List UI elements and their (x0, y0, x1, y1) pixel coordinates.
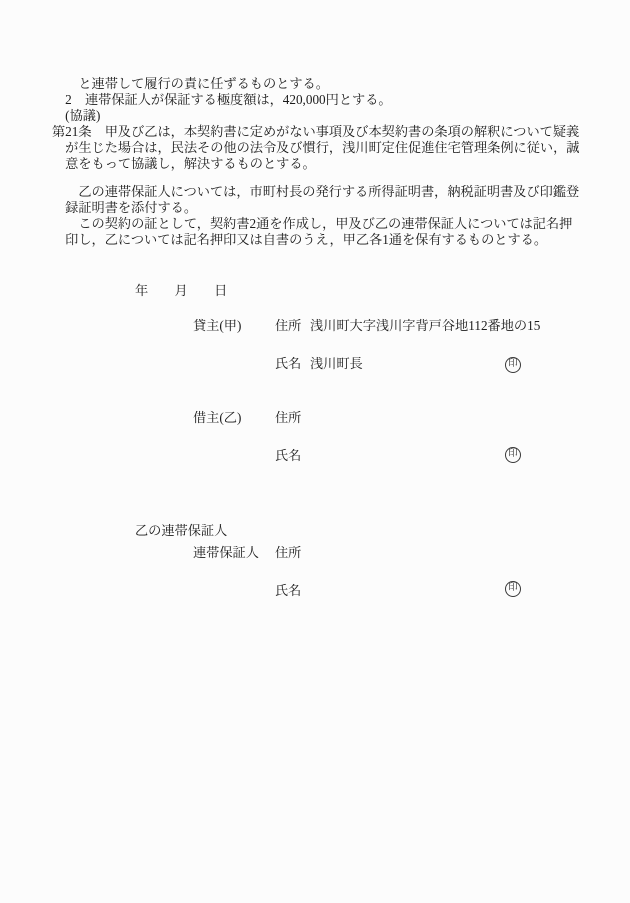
execution-date-line: 年 月 日 (135, 283, 227, 299)
closing-line: 乙の連帯保証人については，市町村長の発行する所得証明書，納税証明書及び印鑑登 (52, 184, 579, 200)
clause-line: が生じた場合は，民法その他の法令及び慣行，浅川町定住促進住宅管理条例に従い，誠 (52, 140, 580, 156)
contract-clause-paragraph: と連帯して履行の責に任ずるものとする。 2 連帯保証人が保証する極度額は，420… (52, 76, 580, 172)
clause-line: 意をもって協議し，解決するものとする。 (52, 156, 580, 172)
clause-line: と連帯して履行の責に任ずるものとする。 (52, 76, 580, 92)
clause-line: 第21条 甲及び乙は，本契約書に定めがない事項及び本契約書の条項の解釈について疑… (52, 124, 580, 140)
lessee-seal-icon: 印 (505, 447, 521, 463)
lessee-role-label: 借主(乙) (193, 410, 241, 426)
lessor-name-label: 氏名 (275, 356, 301, 372)
guarantor-role-label: 連帯保証人 (193, 545, 259, 561)
guarantor-name-label: 氏名 (275, 583, 301, 599)
clause-line: 2 連帯保証人が保証する極度額は，420,000円とする。 (52, 92, 580, 108)
lessee-address-label: 住所 (275, 410, 301, 426)
seal-character: 印 (508, 584, 518, 594)
lessee-name-label: 氏名 (275, 448, 301, 464)
lessor-role-label: 貸主(甲) (193, 318, 241, 334)
closing-line: 印し，乙については記名押印又は自書のうえ，甲乙各1通を保有するものとする。 (52, 232, 579, 248)
lessor-address-value: 浅川町大字浅川字背戸谷地112番地の15 (310, 318, 540, 334)
lessor-name-value: 浅川町長 (310, 356, 363, 372)
guarantor-seal-icon: 印 (505, 581, 521, 597)
contract-document-page: と連帯して履行の責に任ずるものとする。 2 連帯保証人が保証する極度額は，420… (0, 0, 630, 903)
clause-line: (協議) (52, 108, 580, 124)
guarantor-section-heading: 乙の連帯保証人 (135, 523, 227, 539)
guarantor-address-label: 住所 (275, 545, 301, 561)
contract-closing-paragraph: 乙の連帯保証人については，市町村長の発行する所得証明書，納税証明書及び印鑑登 録… (52, 184, 579, 248)
seal-character: 印 (508, 360, 518, 370)
seal-character: 印 (508, 450, 518, 460)
lessor-seal-icon: 印 (505, 357, 521, 373)
closing-line: この契約の証として，契約書2通を作成し，甲及び乙の連帯保証人については記名押 (52, 216, 579, 232)
lessor-address-label: 住所 (275, 318, 301, 334)
closing-line: 録証明書を添付する。 (52, 200, 579, 216)
